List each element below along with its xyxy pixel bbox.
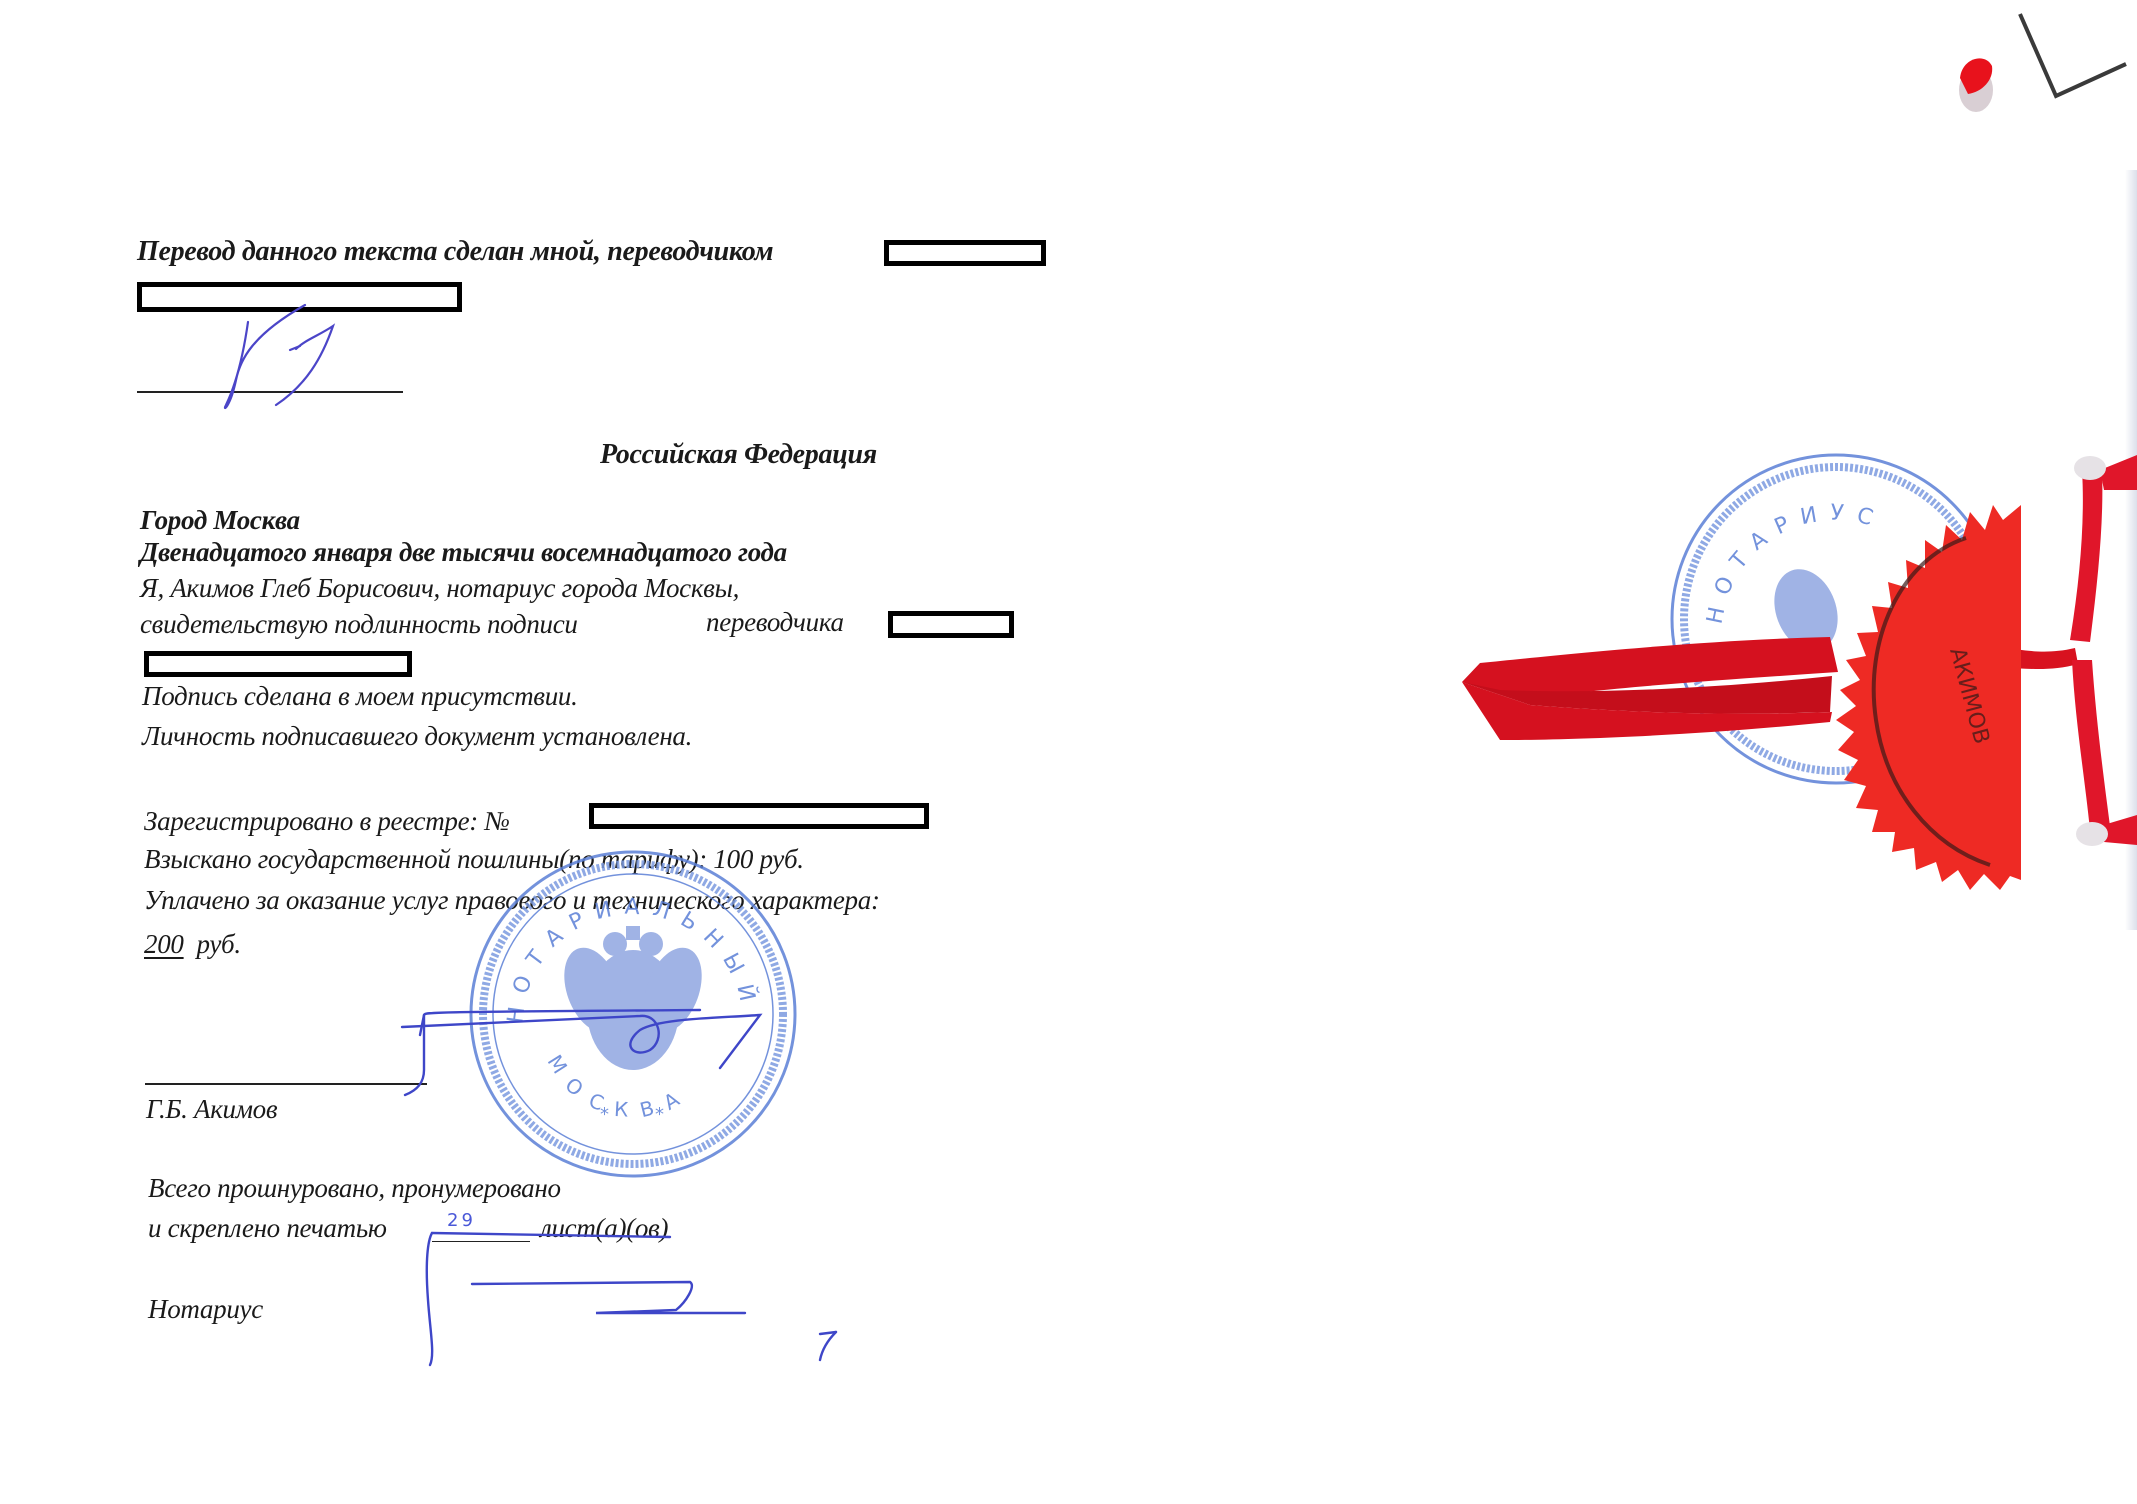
notary-lower-signature-icon [427, 1233, 836, 1365]
svg-text:*: * [600, 1104, 609, 1125]
redacted-translator-name-4 [144, 651, 412, 677]
services-currency: руб. [197, 929, 241, 959]
corner-mark-icon [2020, 14, 2126, 96]
binding-line-2-suffix: лист(а)(ов) [540, 1215, 668, 1242]
services-amount: 200 [144, 929, 184, 959]
services-amount-line: 200 руб. [144, 931, 241, 958]
binding-ribbon-icon [1462, 455, 2137, 846]
notary-name: Г.Б. Акимов [146, 1096, 277, 1123]
sheet-count-handwritten: 29 [447, 1212, 476, 1230]
svg-text:АКИМОВ: АКИМОВ [1944, 645, 1994, 747]
svg-text:МОСКВА: МОСКВА [543, 1050, 696, 1122]
notary-signature-icon [402, 1010, 760, 1095]
stamps-and-signatures: НОТАРИАЛЬНЫЙ ОКРУГ Г. МОСКВА * * [0, 0, 2137, 1504]
redacted-translator-name-3 [888, 611, 1014, 638]
binding-line-1: Всего прошнуровано, пронумеровано [148, 1175, 561, 1202]
right-notary-stamp-icon: НОТАРИУС [1672, 455, 2000, 783]
page-edge [2125, 170, 2137, 930]
translator-statement: Перевод данного текста сделан мной, пере… [137, 238, 773, 266]
identity-text: Личность подписавшего документ установле… [142, 723, 692, 750]
page-decorations [0, 0, 2137, 1504]
thread-hole-icon [1959, 58, 1993, 112]
redacted-translator-name-2 [137, 282, 462, 312]
redacted-translator-name-1 [884, 240, 1046, 266]
notary-signature-line [145, 1083, 427, 1085]
sheet-count-underline [432, 1241, 530, 1242]
heading-russian-federation: Российская Федерация [600, 441, 877, 469]
svg-text:НОТАРИАЛЬНЫЙ ОКРУГ Г.: НОТАРИАЛЬНЫЙ ОКРУГ Г. [0, 0, 763, 1033]
services-text: Уплачено за оказание услуг правового и т… [144, 887, 880, 914]
date-line: Двенадцатого января две тысячи восемнадц… [140, 539, 787, 566]
notarized-document-page: Перевод данного текста сделан мной, пере… [0, 0, 2137, 1504]
redacted-registry-number [589, 803, 929, 829]
svg-text:*: * [655, 1104, 664, 1125]
city-line: Город Москва [140, 507, 300, 534]
svg-text:НОТАРИУС: НОТАРИУС [1703, 501, 1888, 627]
notary-title: Нотариус [148, 1296, 263, 1323]
paper-seal-icon: АКИМОВ [1836, 505, 2021, 890]
translator-signature-line [137, 391, 403, 393]
certify-prefix: свидетельствую подлинность подписи [140, 611, 578, 638]
binding-line-2-prefix: и скреплено печатью [148, 1215, 387, 1242]
state-duty-text: Взыскано государственной пошлины(по тари… [144, 846, 804, 873]
registry-label: Зарегистрировано в реестре: № [144, 808, 510, 835]
certify-role: переводчика [706, 609, 844, 636]
presence-text: Подпись сделана в моем присутствии. [142, 683, 578, 710]
notary-intro: Я, Акимов Глеб Борисович, нотариус город… [140, 575, 739, 602]
